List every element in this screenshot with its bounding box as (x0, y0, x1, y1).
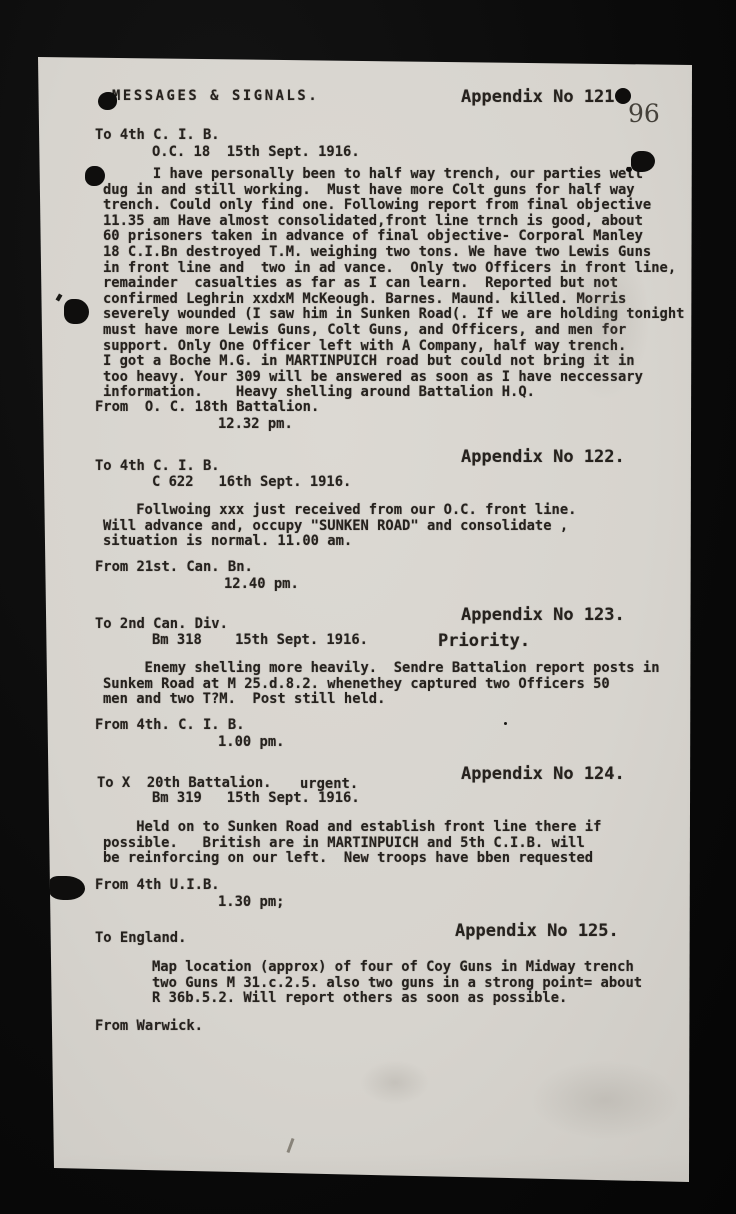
scan-smudge (560, 240, 650, 400)
from-line: From 4th U.I.B. (95, 878, 220, 894)
ref-line: O.C. 18 15th Sept. 1916. (152, 145, 360, 161)
ref-line: Bm 318 15th Sept. 1916. (152, 633, 368, 649)
page-number: 96 (628, 99, 660, 128)
appendix-number-123: Appendix No 123. (461, 606, 625, 624)
from-line: From Warwick. (95, 1019, 203, 1035)
ref-line: Bm 319 15th Sept. 1916. (152, 791, 360, 807)
priority-label: Priority. (438, 632, 530, 650)
time-line: 12.32 pm. (218, 417, 293, 433)
ink-blot (615, 88, 631, 104)
page-background: MESSAGES & SIGNALS. Appendix No 121 96 T… (0, 0, 736, 1214)
ink-blot (49, 876, 85, 900)
appendix-number-125: Appendix No 125. (455, 922, 619, 940)
time-line: 1.00 pm. (218, 735, 284, 751)
message-body: Held on to Sunken Road and establish fro… (103, 820, 601, 867)
from-line: From 4th. C. I. B. (95, 718, 245, 734)
scan-smudge (360, 1060, 430, 1105)
ink-blot (626, 167, 632, 172)
scan-smudge (530, 1060, 680, 1140)
to-line: To England. (95, 931, 186, 947)
ink-blot (64, 299, 89, 324)
appendix-number-121: Appendix No 121 (461, 88, 615, 106)
time-line: 1.30 pm; (218, 895, 284, 911)
appendix-number-124: Appendix No 124. (461, 765, 625, 783)
paper-clip: MESSAGES & SIGNALS. Appendix No 121 96 T… (0, 0, 736, 1214)
message-body: Map location (approx) of four of Coy Gun… (152, 960, 642, 1007)
ink-blot (98, 92, 117, 110)
message-body: Follwoing xxx just received from our O.C… (103, 503, 576, 550)
message-body: Enemy shelling more heavily. Sendre Batt… (103, 661, 660, 708)
appendix-number-122: Appendix No 122. (461, 448, 625, 466)
document-title: MESSAGES & SIGNALS. (112, 89, 319, 105)
to-line: To 4th C. I. B. (95, 128, 220, 144)
to-line: To 4th C. I. B. (95, 459, 220, 475)
from-line: From O. C. 18th Battalion. (95, 400, 319, 416)
ref-line: C 622 16th Sept. 1916. (152, 475, 351, 491)
time-line: 12.40 pm. (224, 577, 299, 593)
to-line: To 2nd Can. Div. (95, 617, 228, 633)
from-line: From 21st. Can. Bn. (95, 560, 253, 576)
ink-speck (504, 722, 507, 725)
